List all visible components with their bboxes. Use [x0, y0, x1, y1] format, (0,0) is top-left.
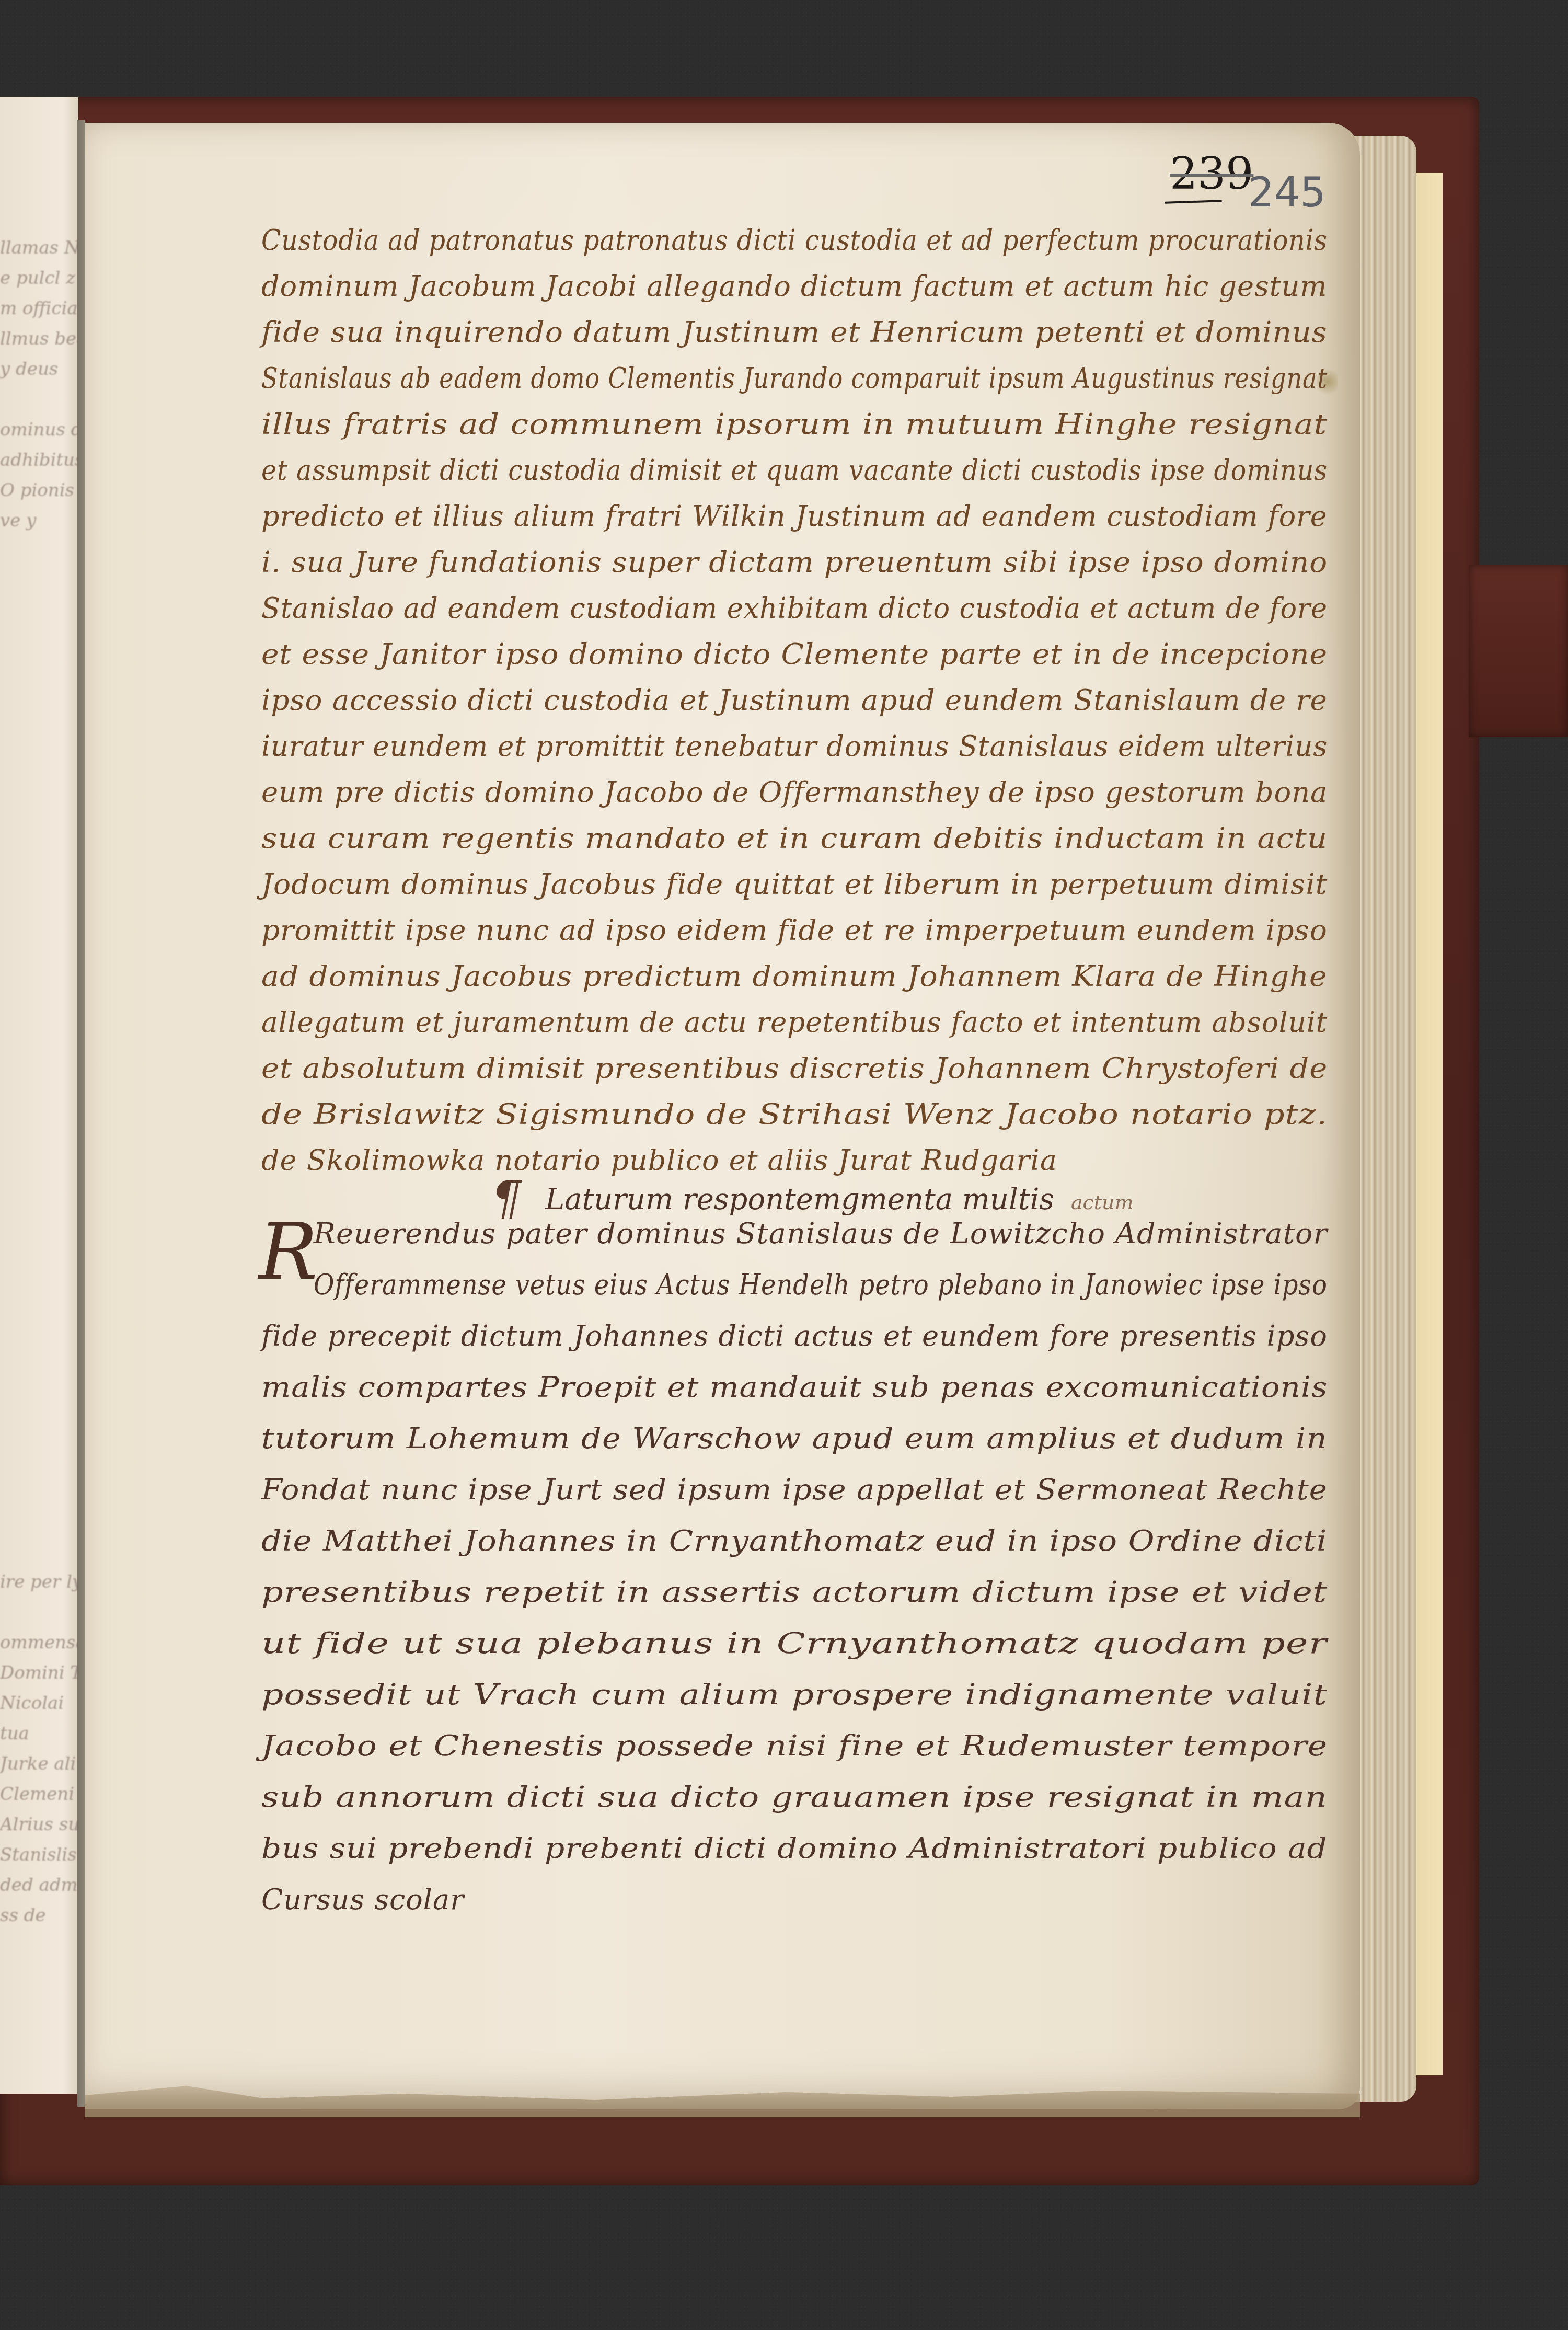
left-page-line: Clemeni iulius	[0, 1779, 77, 1809]
manuscript-line: Stanislaus ab eadem domo Clementis Juran…	[261, 358, 1328, 399]
left-page-line	[0, 1294, 77, 1324]
manuscript-line: sub annorum dicti sua dicto grauamen ips…	[261, 1776, 1328, 1818]
left-page-line	[0, 1082, 77, 1112]
manuscript-line: Jacobo et Chenestis possede nisi fine et…	[261, 1725, 1328, 1767]
manuscript-line: possedit ut Vrach cum alium prospere ind…	[261, 1674, 1328, 1716]
manuscript-line: et esse Janitor ipso domino dicto Clemen…	[261, 634, 1328, 675]
manuscript-line: et assumpsit dicti custodia dimisit et q…	[261, 450, 1328, 491]
left-page-line: ve y	[0, 506, 77, 536]
manuscript-line: Jodocum dominus Jacobus fide quittat et …	[261, 864, 1328, 905]
manuscript-line: Stanislao ad eandem custodiam exhibitam …	[261, 588, 1328, 629]
manuscript-line: iuratur eundem et promittit tenebatur do…	[261, 726, 1328, 767]
manuscript-line: fide precepit dictum Johannes dicti actu…	[261, 1315, 1328, 1357]
left-page-line	[0, 1415, 77, 1445]
manuscript-line: Offerammense vetus eius Actus Hendelh pe…	[314, 1264, 1328, 1306]
manuscript-line: ut fide ut sua plebanus in Crnyanthomatz…	[261, 1623, 1328, 1665]
left-page-line	[0, 778, 77, 809]
left-page-line	[0, 1233, 77, 1264]
left-page-line	[0, 930, 77, 960]
manuscript-line: bus sui prebendi prebenti dicti domino A…	[261, 1828, 1328, 1869]
left-page-line	[0, 869, 77, 900]
leather-strap	[1469, 565, 1568, 737]
left-page-line: tua	[0, 1718, 77, 1749]
left-page-line	[0, 1445, 77, 1476]
left-page-line	[0, 900, 77, 930]
decorated-initial: R	[259, 1213, 318, 1291]
left-page-line: O pionis allegandi	[0, 475, 77, 506]
book-gutter	[77, 120, 85, 2107]
left-page-line: Stanislis	[0, 1840, 77, 1870]
left-page-line	[0, 1476, 77, 1506]
left-page-line	[0, 627, 77, 657]
left-page-line	[0, 1264, 77, 1294]
manuscript-line: dominum Jacobum Jacobi allegando dictum …	[261, 266, 1328, 307]
left-page-line: adhibitus procurato	[0, 445, 77, 475]
manuscript-line: promittit ipse nunc ad ipso eidem fide e…	[261, 910, 1328, 951]
heading-note: actum	[1071, 1191, 1134, 1214]
left-page-line	[0, 1506, 77, 1536]
left-page-line: ommensa effrugam	[0, 1627, 77, 1658]
heading-text: Laturum respontemgmenta multis	[545, 1183, 1054, 1216]
left-page-line	[0, 718, 77, 748]
manuscript-line: predicto et illius alium fratri Wilkin J…	[261, 496, 1328, 537]
manuscript-line: tutorum Lohemum de Warschow apud eum amp…	[261, 1418, 1328, 1460]
manuscript-line: fide sua inquirendo datum Justinum et He…	[261, 312, 1328, 353]
manuscript-line: i. sua Jure fundationis super dictam pre…	[261, 542, 1328, 583]
left-page-text: llamas Nobilis fie pulcl z dubm officiam…	[0, 233, 77, 2115]
left-page-line: m officiam sic p	[0, 293, 77, 324]
left-page-line: ss de	[0, 1900, 77, 1931]
left-page-line: Domini Tacho	[0, 1658, 77, 1688]
manuscript-line: illus fratris ad communem ipsorum in mut…	[261, 404, 1327, 445]
left-page-line: Nicolai	[0, 1688, 77, 1718]
left-page-line	[0, 1203, 77, 1233]
left-page-line: Jurke aliud	[0, 1749, 77, 1779]
left-page-line	[0, 536, 77, 566]
manuscript-line: presentibus repetit in assertis actorum …	[261, 1571, 1328, 1613]
left-page-line	[0, 1385, 77, 1415]
left-page-line	[0, 748, 77, 778]
left-page-line: llmus beat tichemu	[0, 324, 77, 354]
left-page-line: ominus de Dalmorgo	[0, 415, 77, 445]
left-page-line: ire per ly ar	[0, 1567, 77, 1597]
manuscript-line: ad dominus Jacobus predictum dominum Joh…	[261, 956, 1328, 997]
manuscript-line: de Brislawitz Sigismundo de Strihasi Wen…	[261, 1094, 1328, 1135]
manuscript-line: allegatum et juramentum de actu repetent…	[261, 1002, 1328, 1043]
folio-number-new: 245	[1248, 173, 1326, 213]
manuscript-line: et absolutum dimisit presentibus discret…	[261, 1048, 1328, 1089]
manuscript-line: Custodia ad patronatus patronatus dicti …	[261, 220, 1328, 261]
left-page-line: y deus	[0, 354, 77, 384]
left-page-line: Alrius su	[0, 1809, 77, 1840]
left-page-line: e pulcl z dub	[0, 263, 77, 293]
left-page-line	[0, 1112, 77, 1142]
left-page-line	[0, 1597, 77, 1627]
left-page-line	[0, 596, 77, 627]
left-page-line	[0, 991, 77, 1021]
manuscript-line: malis compartes Proepit et mandauit sub …	[261, 1367, 1328, 1408]
manuscript-line: sua curam regentis mandato et in curam d…	[261, 818, 1328, 859]
left-facing-page: llamas Nobilis fie pulcl z dubm officiam…	[0, 97, 78, 2094]
manuscript-line: Fondat nunc ipse Jurt sed ipsum ipse app…	[261, 1469, 1328, 1511]
manuscript-line: ipso accessio dicti custodia et Justinum…	[261, 680, 1328, 721]
left-page-line	[0, 839, 77, 869]
manuscript-line: Reuerendus pater dominus Stanislaus de L…	[314, 1213, 1328, 1255]
left-page-line	[0, 1536, 77, 1567]
left-page-line	[0, 809, 77, 839]
left-page-line	[0, 1021, 77, 1051]
manuscript-line: die Matthei Johannes in Crnyanthomatz eu…	[261, 1520, 1328, 1562]
left-page-line	[0, 1051, 77, 1082]
left-page-line	[0, 566, 77, 596]
folio-number-old: 239	[1170, 152, 1253, 196]
left-page-line	[0, 657, 77, 687]
manuscript-line: eum pre dictis domino Jacobo de Offerman…	[261, 772, 1328, 813]
left-page-line	[0, 1173, 77, 1203]
left-page-line	[0, 1355, 77, 1385]
manuscript-line: Cursus scolar	[261, 1879, 464, 1921]
left-page-line	[0, 687, 77, 718]
left-page-line	[0, 384, 77, 415]
left-page-line	[0, 1324, 77, 1355]
left-page-line	[0, 1142, 77, 1173]
left-page-line: ded adm	[0, 1870, 77, 1900]
left-page-line: llamas Nobilis fi	[0, 233, 77, 263]
left-page-line	[0, 960, 77, 991]
